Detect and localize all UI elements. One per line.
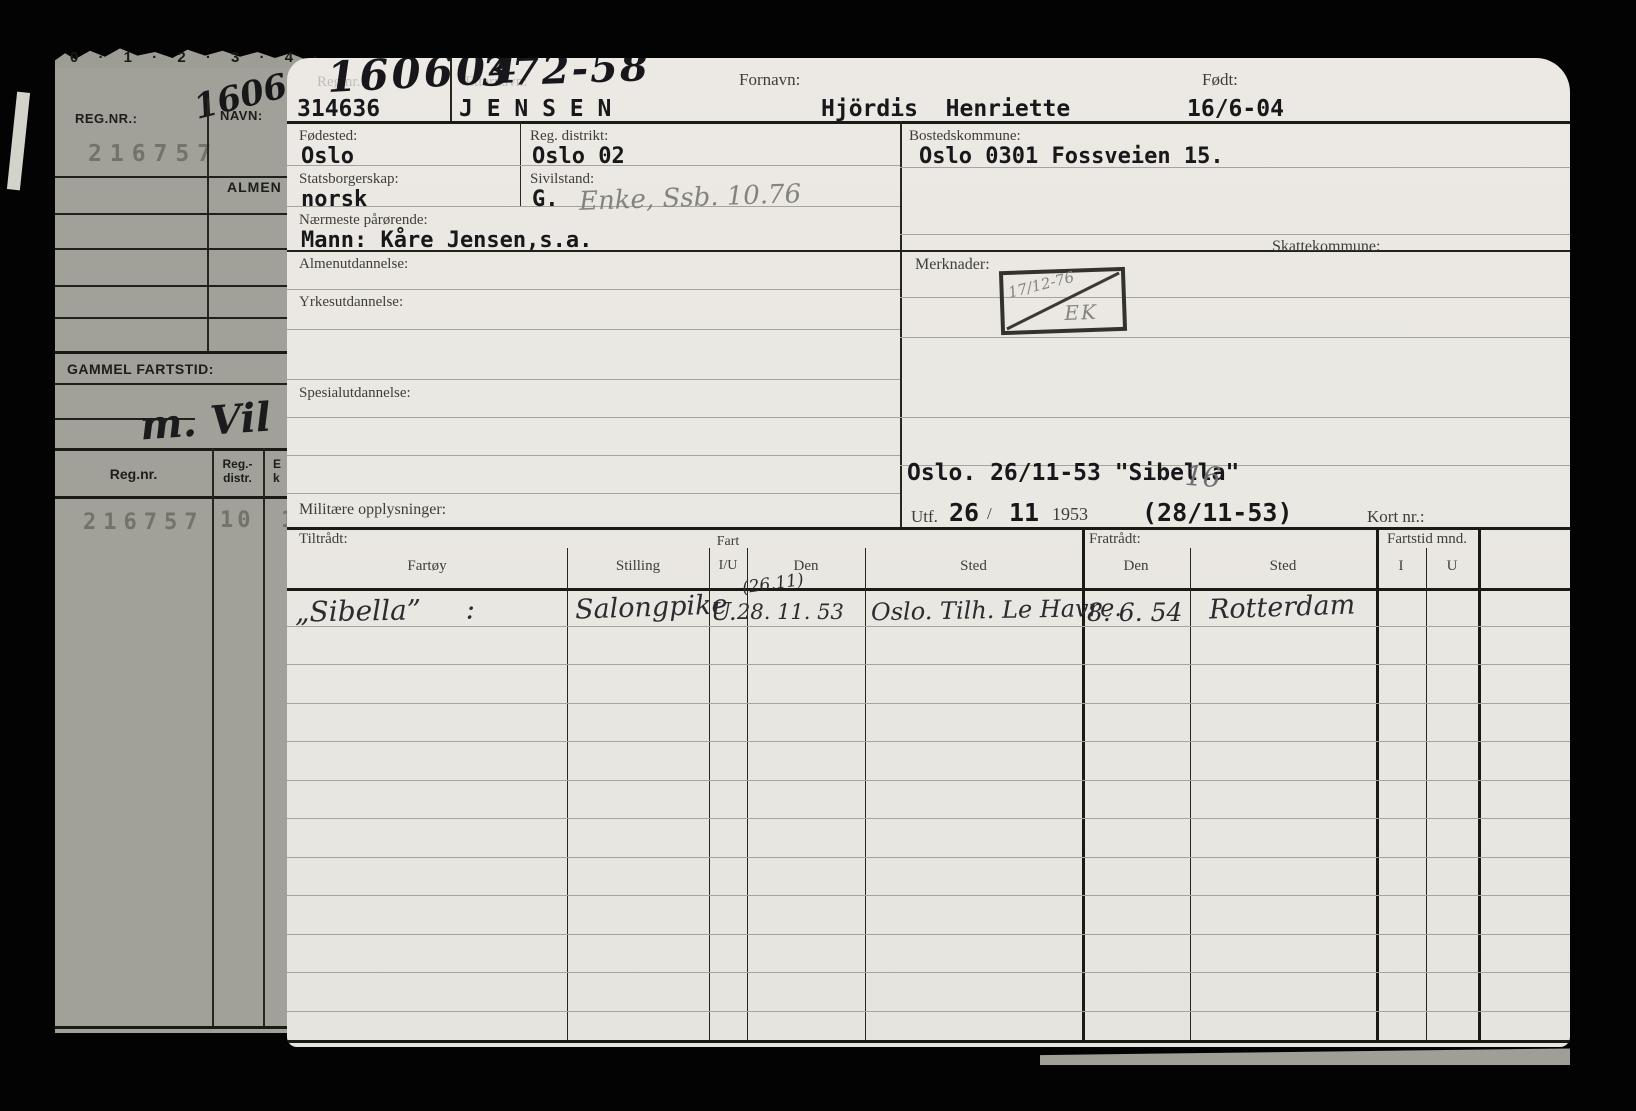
militare-label: Militære opplysninger: [299,501,446,519]
utf-alternate-date: (28/11-53) [1142,498,1293,527]
sivilstand-label: Sivilstand: [530,171,594,188]
tiltradt-label: Tiltrådt: [299,531,348,548]
left-card-stamped-regnr: 216757 [88,141,219,167]
col-fartoy: Fartøy [287,558,567,575]
parorende-label: Nærmeste pårørende: [299,212,428,229]
utf-year: 1953 [1052,504,1088,525]
fodt-label: Født: [1202,70,1238,90]
utf-day: 26 [949,498,979,527]
col-sted: Sted [865,558,1082,575]
bostedskommune-value: Oslo 0301 Fossveien 15. [919,144,1224,169]
fartstid-label: Fartstid mnd. [1376,531,1478,548]
register-number: 314636 [297,96,380,122]
row1-den: 28. 11. 53 [737,600,844,624]
left-card-row-regdistr: 10 [220,508,255,533]
archive-scan: 0 · 1 · 2 · 3 · 4 · 16060 REG.NR.: NAVN:… [0,0,1636,1111]
paper-edge-fragment [7,92,30,191]
underlying-card-edge [1040,1047,1570,1065]
statsborgerskap-label: Statsborgerskap: [299,171,399,188]
yrkesutdannelse-label: Yrkesutdannelse: [299,294,403,311]
fratradt-label: Fratrådt: [1089,531,1141,548]
col-den: Den [747,558,865,575]
skattekommune-label: Skattekommune: [1272,238,1380,256]
col-fratradt-sted: Sted [1190,558,1376,575]
fodested-value: Oslo [301,144,354,169]
birth-date: 16/6-04 [1187,96,1284,122]
row1-sted: Oslo. Tilh. Le Havre. [871,594,1122,626]
statsborgerskap-value: norsk [301,187,367,212]
col-stilling: Stilling [567,558,709,575]
almenutdannelse-label: Almenutdannelse: [299,256,408,273]
utf-label: Utf. [911,507,938,527]
sivilstand-value: G. [532,187,559,212]
sivilstand-handwritten-note: Enke, Ssb. 10.76 [579,179,802,217]
utf-month: 11 [1009,498,1039,527]
row1-fratradt-den: 8. 6. 54 [1087,598,1182,627]
handwritten-journal-number: 372-58 [481,58,650,96]
row1-iu: U. [711,598,737,626]
reg-distrikt-label: Reg. distrikt: [530,128,608,145]
left-card-navn-label: NAVN: [220,108,263,123]
utf-separator: / [987,504,992,524]
left-card-handwritten-note: m. Vil [139,393,273,449]
kort-nr-label: Kort nr.: [1367,507,1425,527]
stamp-initials: EK [1064,300,1098,325]
ruler-marks: 0 · 1 · 2 · 3 · 4 · [70,49,320,66]
left-card: 16060 REG.NR.: NAVN: 216757 ALMEN GAMMEL… [55,68,305,1033]
first-name: Hjördis Henriette [821,96,1070,122]
left-card-regnr-label: REG.NR.: [75,111,138,126]
row1-fratradt-sted: Rotterdam [1209,589,1356,625]
left-card-col-regdistr: Reg.- distr. [212,457,263,485]
left-card-almen-label: ALMEN [227,179,282,195]
left-card-gammel-fartstid-label: GAMMEL FARTSTID: [67,361,214,377]
left-card-col-regnr: Reg.nr. [55,466,212,482]
fodested-label: Fødested: [299,128,357,145]
registration-handwritten-number: 16 [1184,459,1222,494]
left-card-row-regnr: 216757 [83,510,204,535]
col-fartstid-i: I [1376,558,1426,575]
row1-stilling: Salongpike [575,589,728,625]
fornavn-label: Fornavn: [739,70,800,90]
spesialutdannelse-label: Spesialutdannelse: [299,385,411,402]
bostedskommune-label: Bostedskommune: [909,128,1021,145]
seaman-register-card: Reg.nr.: Etternavn: 160604 372-58 Fornav… [287,58,1570,1047]
surname: J E N S E N [459,96,611,122]
cancellation-stamp: 17/12-76 EK [999,267,1127,335]
col-fartstid-u: U [1426,558,1478,575]
reg-distrikt-value: Oslo 02 [532,144,625,169]
col-fratradt-den: Den [1082,558,1190,575]
parorende-value: Mann: Kåre Jensen,s.a. [301,228,592,253]
merknader-label: Merknader: [915,256,990,274]
row1-fartoy: „Sibella” : [295,592,476,628]
